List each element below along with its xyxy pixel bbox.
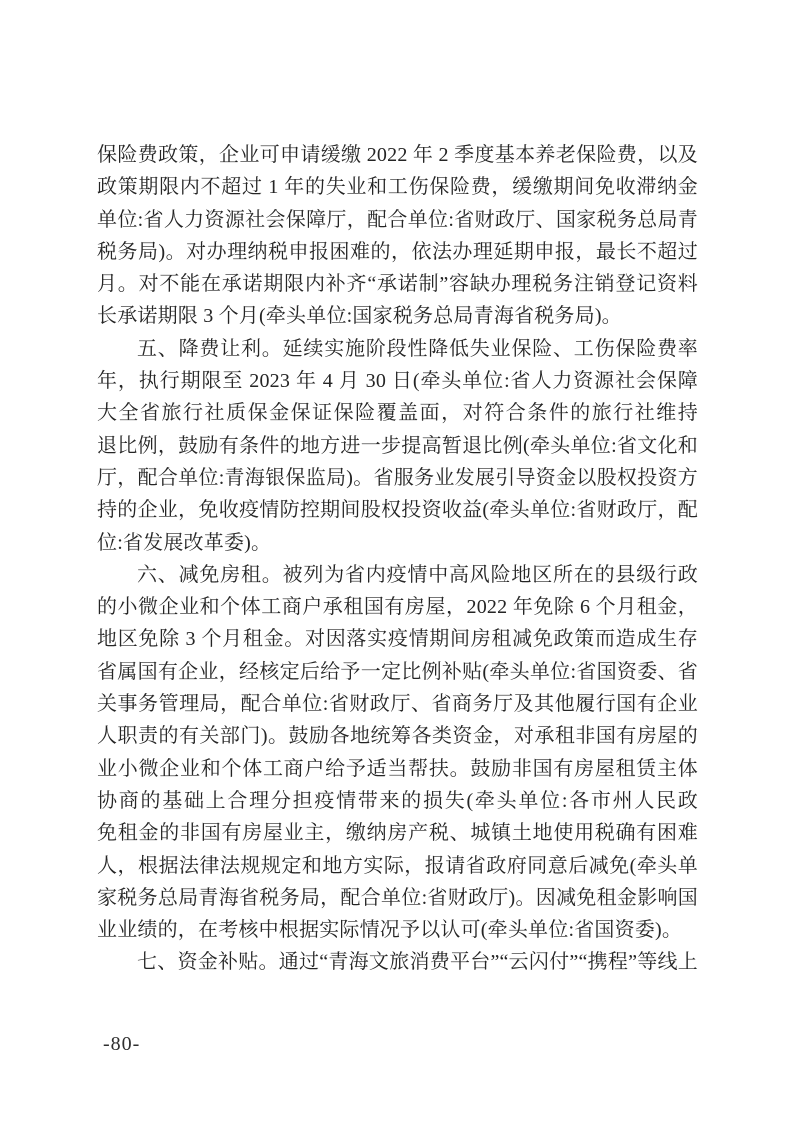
- text-line: 关事务管理局，配合单位:省财政厅、省商务厅及其他履行国有企业出资: [97, 688, 698, 720]
- text-line: 家税务总局青海省税务局，配合单位:省财政厅)。因减免租金影响国有企: [97, 882, 698, 914]
- text-line: 退比例，鼓励有条件的地方进一步提高暂退比例(牵头单位:省文化和旅游: [97, 430, 698, 462]
- text-line: 协商的基础上合理分担疫情带来的损失(牵头单位:各市州人民政府)。对减: [97, 785, 698, 817]
- text-line: 年，执行期限至 2023 年 4 月 30 日(牵头单位:省人力资源社会保障厅)…: [97, 365, 698, 397]
- text-line: 五、降费让利。延续实施阶段性降低失业保险、工伤保险费率政策 1: [97, 333, 698, 365]
- paragraph-continuation: 保险费政策，企业可申请缓缴 2022 年 2 季度基本养老保险费，以及缓缴 政策…: [97, 139, 698, 333]
- paragraph-item-7: 七、资金补贴。通过“青海文旅消费平台”“云闪付”“携程”等线上平台: [97, 946, 698, 978]
- text-line: 持的企业，免收疫情防控期间股权投资收益(牵头单位:省财政厅，配合单: [97, 494, 698, 526]
- text-line: 长承诺期限 3 个月(牵头单位:国家税务总局青海省税务局)。: [97, 300, 698, 332]
- text-line: 人职责的有关部门)。鼓励各地统筹各类资金，对承租非国有房屋的服务: [97, 720, 698, 752]
- document-body-text: 保险费政策，企业可申请缓缴 2022 年 2 季度基本养老保险费，以及缓缴 政策…: [97, 139, 698, 979]
- text-line: 六、减免房租。被列为省内疫情中高风险地区所在的县级行政区域内: [97, 559, 698, 591]
- text-line: 月。对不能在承诺期限内补齐“承诺制”容缺办理税务注销登记资料的，延: [97, 268, 698, 300]
- text-line: 地区免除 3 个月租金。对因落实疫情期间房租减免政策而造成生存困难的: [97, 623, 698, 655]
- text-line: 业业绩的，在考核中根据实际情况予以认可(牵头单位:省国资委)。: [97, 914, 698, 946]
- text-line: 位:省发展改革委)。: [97, 527, 698, 559]
- text-line: 税务局)。对办理纳税申报困难的，依法办理延期申报，最长不超过 3 个: [97, 236, 698, 268]
- text-line: 七、资金补贴。通过“青海文旅消费平台”“云闪付”“携程”等线上平台: [97, 946, 698, 978]
- paragraph-item-6: 六、减免房租。被列为省内疫情中高风险地区所在的县级行政区域内 的小微企业和个体工…: [97, 559, 698, 947]
- text-line: 免租金的非国有房屋业主，缴纳房产税、城镇土地使用税确有困难的纳税: [97, 817, 698, 849]
- text-line: 厅，配合单位:青海银保监局)。省服务业发展引导资金以股权投资方式支: [97, 462, 698, 494]
- text-line: 业小微企业和个体工商户给予适当帮扶。鼓励非国有房屋租赁主体在平等: [97, 753, 698, 785]
- text-line: 省属国有企业，经核定后给予一定比例补贴(牵头单位:省国资委、省直机: [97, 656, 698, 688]
- text-line: 人，根据法律法规规定和地方实际，报请省政府同意后减免(牵头单位:国: [97, 850, 698, 882]
- page-number: -80-: [103, 1030, 140, 1058]
- text-line: 单位:省人力资源社会保障厅，配合单位:省财政厅、国家税务总局青海省: [97, 204, 698, 236]
- document-page: 保险费政策，企业可申请缓缴 2022 年 2 季度基本养老保险费，以及缓缴 政策…: [0, 0, 793, 1122]
- paragraph-item-5: 五、降费让利。延续实施阶段性降低失业保险、工伤保险费率政策 1 年，执行期限至 …: [97, 333, 698, 559]
- text-line: 大全省旅行社质保金保证保险覆盖面，对符合条件的旅行社维持 80%的暂: [97, 397, 698, 429]
- text-line: 保险费政策，企业可申请缓缴 2022 年 2 季度基本养老保险费，以及缓缴: [97, 139, 698, 171]
- text-line: 的小微企业和个体工商户承租国有房屋，2022 年免除 6 个月租金，其他: [97, 591, 698, 623]
- text-line: 政策期限内不超过 1 年的失业和工伤保险费，缓缴期间免收滞纳金(牵头: [97, 171, 698, 203]
